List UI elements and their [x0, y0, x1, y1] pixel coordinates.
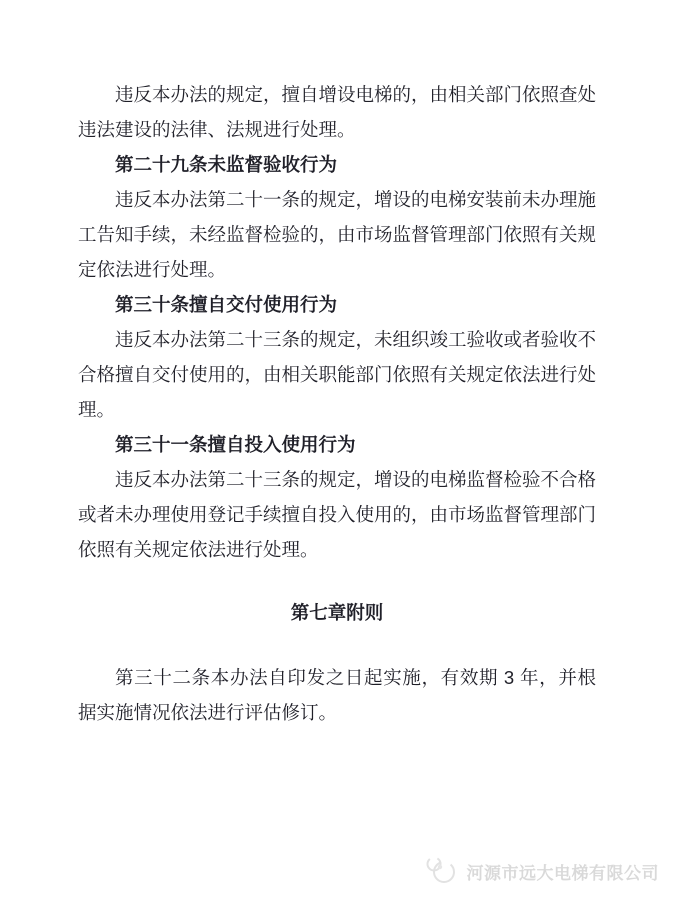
document-body: 违反本办法的规定，擅自增设电梯的，由相关部门依照查处违法建设的法律、法规进行处理…: [78, 77, 596, 730]
paragraph: 违反本办法第二十三条的规定，未组织竣工验收或者验收不合格擅自交付使用的，由相关职…: [78, 322, 596, 427]
paragraph: 违反本办法第二十一条的规定，增设的电梯安装前未办理施工告知手续，未经监督检验的，…: [78, 182, 596, 287]
document-page: 违反本办法的规定，擅自增设电梯的，由相关部门依照查处违法建设的法律、法规进行处理…: [0, 0, 675, 905]
paragraph: 违反本办法的规定，擅自增设电梯的，由相关部门依照查处违法建设的法律、法规进行处理…: [78, 77, 596, 147]
article-heading-30: 第三十条擅自交付使用行为: [78, 287, 596, 322]
article-heading-29: 第二十九条未监督验收行为: [78, 147, 596, 182]
paragraph: 违反本办法第二十三条的规定，增设的电梯监督检验不合格或者未办理使用登记手续擅自投…: [78, 462, 596, 567]
article-heading-31: 第三十一条擅自投入使用行为: [78, 427, 596, 462]
chapter-heading: 第七章附则: [78, 595, 596, 630]
paragraph: 第三十二条本办法自印发之日起实施，有效期 3 年，并根据实施情况依法进行评估修订…: [78, 660, 596, 730]
company-logo-icon: [424, 855, 458, 887]
company-watermark: 河源市远大电梯有限公司: [424, 855, 660, 887]
company-name: 河源市远大电梯有限公司: [467, 859, 660, 884]
